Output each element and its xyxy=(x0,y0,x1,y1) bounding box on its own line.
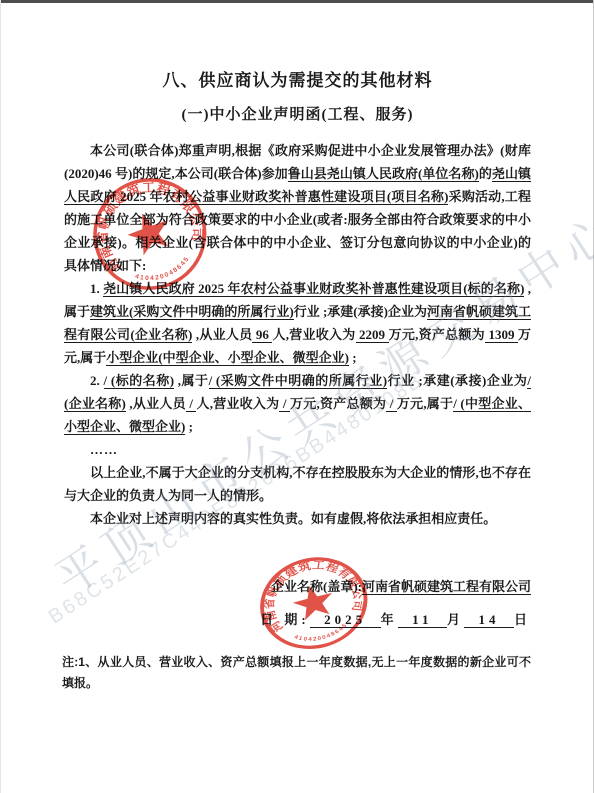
text-run: 人,营业收入为 xyxy=(196,396,279,411)
page-top-edge xyxy=(1,0,593,3)
paragraph-not-large-enterprise: 以上企业,不属于大企业的分支机构,不存在控股股东为大企业的情形,也不存在与大企业… xyxy=(64,461,531,507)
svg-text:410420048645: 410420048645 xyxy=(292,622,351,649)
paragraph-responsibility: 本企业对上述声明内容的真实性负责。如有虚假,将依法承担相应责任。 xyxy=(64,507,531,530)
text-run: 1. xyxy=(90,281,103,296)
text-run: 以上企业,不属于大企业的分支机构,不存在控股股东为大企业的情形,也不存在与大企业… xyxy=(64,465,531,503)
filled-blank: 14 xyxy=(464,612,514,628)
paragraph-ellipsis: …… xyxy=(64,438,531,461)
text-run: 本企业对上述声明内容的真实性负责。如有虚假,将依法承担相应责任。 xyxy=(90,511,496,526)
text-run: 人,营业收入为 xyxy=(272,327,355,342)
paragraph-item-2: 2. / (标的名称) ,属于/ (采购文件中明确的所属行业)行业 ;承建(承接… xyxy=(64,369,531,438)
text-run: 万元,属于 xyxy=(397,396,453,411)
text-run: ,从业人员 xyxy=(192,327,252,342)
filled-blank: / xyxy=(186,396,197,412)
star-icon xyxy=(122,206,176,258)
document-page: 平顶山市公共资源交易中心 B68C52E27C440F882696BB44801… xyxy=(0,0,594,793)
text-run: 月 xyxy=(447,612,464,627)
filled-blank: / (采购文件中明确的所属行业) xyxy=(209,373,388,389)
filled-blank: 96 xyxy=(252,327,272,343)
text-run: 2. xyxy=(90,373,104,388)
text-run: 万元,资产总额为 xyxy=(290,396,386,411)
filled-blank: / xyxy=(279,396,290,412)
text-run: ; xyxy=(185,419,193,434)
star-icon xyxy=(290,581,337,622)
text-run: 日 xyxy=(514,612,531,627)
text-run: ; xyxy=(349,350,357,365)
svg-text:410420048645: 410420048645 xyxy=(132,254,194,290)
text-run: ,属于 xyxy=(174,373,209,388)
document-page-root: { "title": "八、供应商认为需提交的其他材料", "subtitle"… xyxy=(0,0,594,793)
text-run: ,从业人员 xyxy=(126,396,186,411)
filled-blank: 2209 xyxy=(356,327,389,343)
filled-blank: 河南省帆硕建筑工程有限公司 xyxy=(362,579,531,595)
filled-blank: 小型企业(中型企业、小型企业、微型企业) xyxy=(106,350,349,366)
page-title: 八、供应商认为需提交的其他材料 xyxy=(64,70,531,92)
text-run: 万元,资产总额为 xyxy=(389,327,485,342)
filled-blank: / xyxy=(386,396,397,412)
filled-blank: / (标的名称) xyxy=(104,373,175,389)
text-run: 的 xyxy=(479,166,492,181)
page-subtitle: (一)中小企业声明函(工程、服务) xyxy=(64,105,531,125)
text-run: …… xyxy=(90,442,118,457)
filled-blank: 11 xyxy=(398,612,447,628)
text-run: 行业 ;承建(承接)企业为 xyxy=(387,373,527,388)
filled-blank: 鲁山县尧山镇人民政府(单位名称) xyxy=(288,166,479,182)
text-run: 年 xyxy=(381,612,398,627)
filled-blank: 1309 xyxy=(485,327,518,343)
text-run: 行业 ;承建(承接)企业为 xyxy=(294,304,427,319)
